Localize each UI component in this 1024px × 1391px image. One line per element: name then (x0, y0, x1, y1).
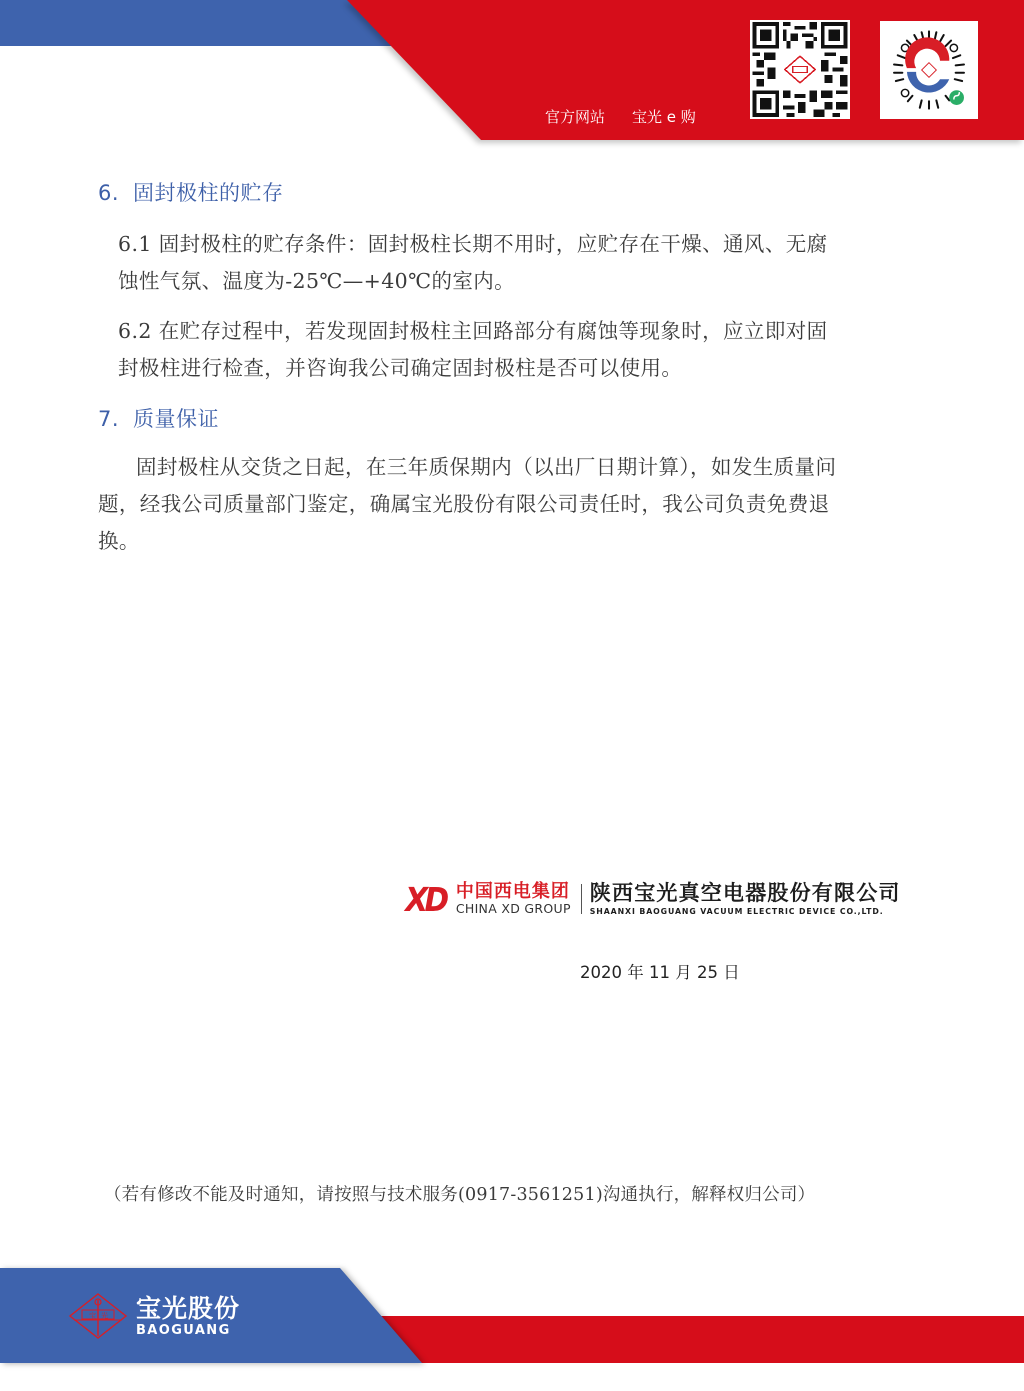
official-website-qr-code[interactable] (750, 20, 850, 119)
baoguang-emblem-icon: 宝 光 (68, 1292, 128, 1340)
section-number: 6. (98, 181, 119, 205)
section-title-text: 质量保证 (133, 407, 219, 431)
header-links: 官方网站 宝光 e 购 (545, 106, 696, 127)
logo-divider (581, 884, 582, 914)
paragraph-line: 6.2 在贮存过程中，若发现固封极柱主回路部分有腐蚀等现象时，应立即对固 (118, 313, 948, 350)
paragraph-line: 题，经我公司质量部门鉴定，确属宝光股份有限公司责任时，我公司负责免费退 (98, 486, 948, 523)
paragraph-line: 蚀性气氛、温度为-25℃—+40℃的室内。 (118, 263, 948, 300)
official-website-link[interactable]: 官方网站 (545, 106, 605, 127)
footer-brand-logo: 宝 光 宝光股份 BAOGUANG (68, 1292, 240, 1340)
e-shop-mini-program-code[interactable] (880, 21, 978, 119)
header-red-band (0, 0, 1024, 142)
svg-text:光: 光 (101, 1311, 108, 1320)
group-name-en: CHINA XD GROUP (456, 903, 571, 916)
xd-group-name: 中国西电集团 CHINA XD GROUP (456, 883, 571, 916)
revision-note: （若有修改不能及时通知，请按照与技术服务(0917-3561251)沟通执行，解… (104, 1181, 815, 1206)
section-number: 7. (98, 407, 119, 431)
footer-brand-en: BAOGUANG (136, 1324, 240, 1337)
paragraph-line: 固封极柱从交货之日起，在三年质保期内（以出厂日期计算），如发生质量问 (98, 449, 948, 486)
paragraph-line: 封极柱进行检查，并咨询我公司确定固封极柱是否可以使用。 (118, 350, 948, 387)
qr-code-icon (752, 22, 848, 117)
section-heading-quality-assurance: 7.质量保证 (98, 403, 219, 433)
section-title-text: 固封极柱的贮存 (133, 181, 284, 205)
paragraph-6-1: 6.1 固封极柱的贮存条件：固封极柱长期不用时，应贮存在干燥、通风、无腐 蚀性气… (118, 226, 948, 300)
company-signature-logo: XD 中国西电集团 CHINA XD GROUP 陕西宝光真空电器股份有限公司 … (403, 880, 901, 918)
paragraph-7: 固封极柱从交货之日起，在三年质保期内（以出厂日期计算），如发生质量问 题，经我公… (98, 449, 948, 560)
xd-logo-mark: XD (405, 883, 445, 916)
paragraph-line: 6.1 固封极柱的贮存条件：固封极柱长期不用时，应贮存在干燥、通风、无腐 (118, 226, 948, 263)
mini-program-code-icon (883, 24, 975, 116)
svg-text:宝: 宝 (89, 1311, 96, 1320)
paragraph-6-2: 6.2 在贮存过程中，若发现固封极柱主回路部分有腐蚀等现象时，应立即对固 封极柱… (118, 313, 948, 387)
footer-red-band (380, 1316, 1024, 1363)
company-name-en: SHAANXI BAOGUANG VACUUM ELECTRIC DEVICE … (590, 908, 901, 916)
group-name-cn: 中国西电集团 (456, 883, 571, 901)
footer-brand-cn: 宝光股份 (136, 1296, 240, 1321)
company-name-cn: 陕西宝光真空电器股份有限公司 (590, 883, 901, 904)
baoguang-e-shop-link[interactable]: 宝光 e 购 (632, 106, 696, 127)
section-heading-storage: 6.固封极柱的贮存 (98, 177, 284, 207)
company-name: 陕西宝光真空电器股份有限公司 SHAANXI BAOGUANG VACUUM E… (590, 883, 901, 916)
paragraph-line: 换。 (98, 523, 948, 560)
document-date: 2020 年 11 月 25 日 (580, 959, 740, 983)
